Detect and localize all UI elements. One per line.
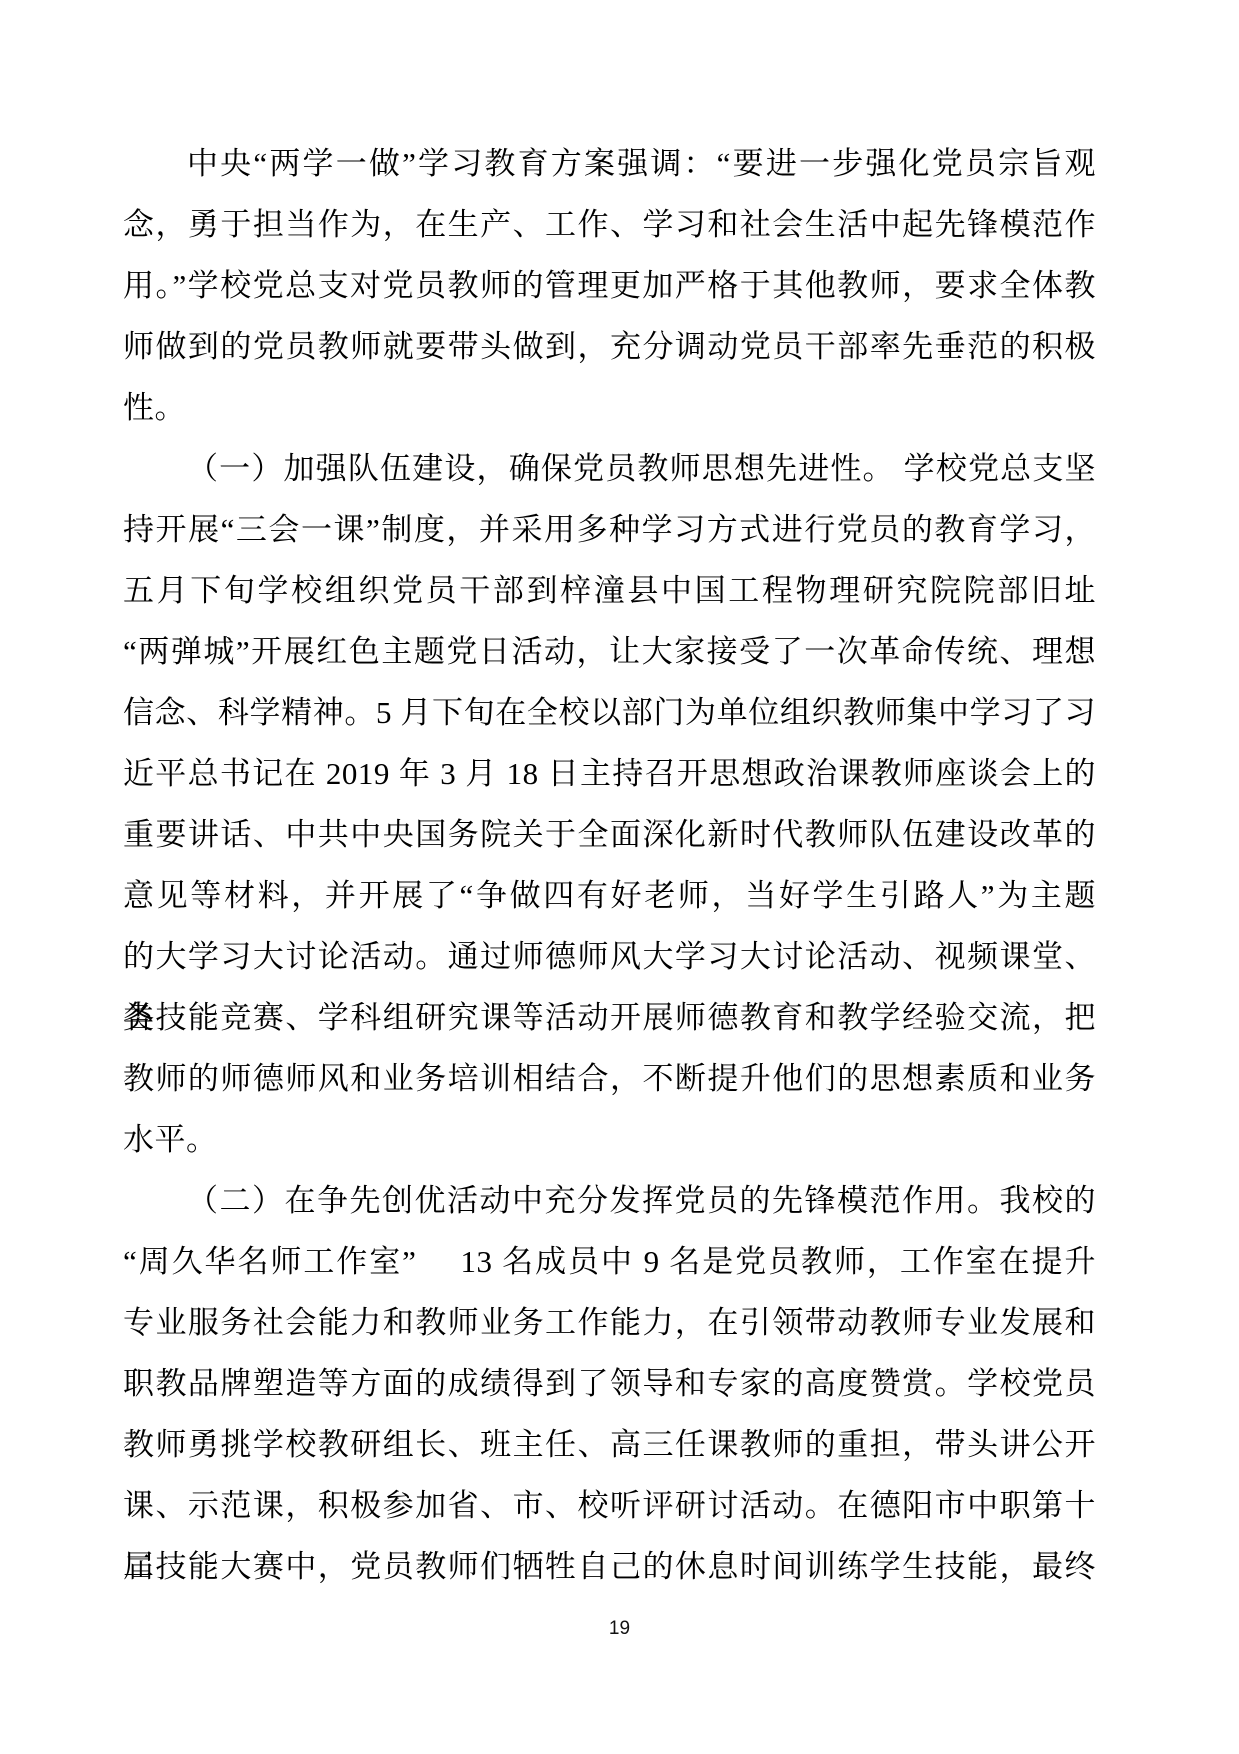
text-line: 近平总书记在 2019 年 3 月 18 日主持召开思想政治课教师座谈会上的 [123, 743, 1096, 804]
text-line: 教师勇挑学校教研组长、班主任、高三任课教师的重担，带头讲公开 [123, 1414, 1096, 1475]
text-line: 念，勇于担当作为，在生产、工作、学习和社会生活中起先锋模范作 [123, 194, 1096, 255]
text-line: 专业服务社会能力和教师业务工作能力，在引领带动教师专业发展和 [123, 1292, 1096, 1353]
text-line: （二）在争先创优活动中充分发挥党员的先锋模范作用。我校的 [123, 1170, 1096, 1231]
text-line: 职教品牌塑造等方面的成绩得到了领导和专家的高度赞赏。学校党员 [123, 1353, 1096, 1414]
text-line: 课、示范课，积极参加省、市、校听评研讨活动。在德阳市中职第十二 [123, 1475, 1096, 1536]
text-line: （一）加强队伍建设，确保党员教师思想先进性。 学校党总支坚 [123, 438, 1096, 499]
text-line: “两弹城”开展红色主题党日活动，让大家接受了一次革命传统、理想 [123, 621, 1096, 682]
text-line: 中央“两学一做”学习教育方案强调：“要进一步强化党员宗旨观 [123, 133, 1096, 194]
text-line: 重要讲话、中共中央国务院关于全面深化新时代教师队伍建设改革的 [123, 804, 1096, 865]
text-line: 五月下旬学校组织党员干部到梓潼县中国工程物理研究院院部旧址 [123, 560, 1096, 621]
text-line: 师做到的党员教师就要带头做到，充分调动党员干部率先垂范的积极 [123, 316, 1096, 377]
text-line: 意见等材料，并开展了“争做四有好老师，当好学生引路人”为主题 [123, 865, 1096, 926]
document-text-block: 中央“两学一做”学习教育方案强调：“要进一步强化党员宗旨观念，勇于担当作为，在生… [123, 133, 1096, 1597]
text-line: 届技能大赛中，党员教师们牺牲自己的休息时间训练学生技能，最终 [123, 1536, 1096, 1597]
page-number: 19 [0, 1618, 1239, 1640]
text-line: 持开展“三会一课”制度，并采用多种学习方式进行党员的教育学习， [123, 499, 1096, 560]
text-line: “周久华名师工作室” 13 名成员中 9 名是党员教师，工作室在提升 [123, 1231, 1096, 1292]
text-line: 性。 [123, 377, 1096, 438]
text-line: 类技能竞赛、学科组研究课等活动开展师德教育和教学经验交流，把 [123, 987, 1096, 1048]
text-line: 信念、科学精神。5 月下旬在全校以部门为单位组织教师集中学习了习 [123, 682, 1096, 743]
text-line: 用。”学校党总支对党员教师的管理更加严格于其他教师，要求全体教 [123, 255, 1096, 316]
text-line: 的大学习大讨论活动。通过师德师风大学习大讨论活动、视频课堂、各 [123, 926, 1096, 987]
text-line: 教师的师德师风和业务培训相结合，不断提升他们的思想素质和业务 [123, 1048, 1096, 1109]
document-page: 中央“两学一做”学习教育方案强调：“要进一步强化党员宗旨观念，勇于担当作为，在生… [0, 0, 1239, 1754]
text-line: 水平。 [123, 1109, 1096, 1170]
